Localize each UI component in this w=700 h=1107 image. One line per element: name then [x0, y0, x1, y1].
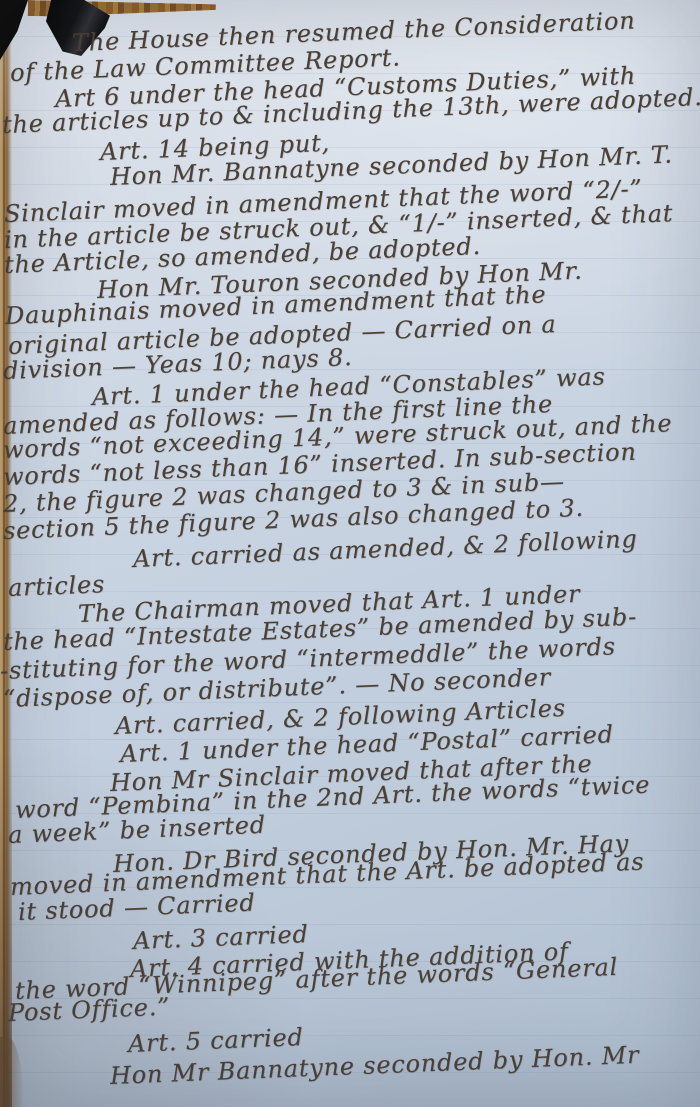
- manuscript-line: Post Office.”: [7, 993, 170, 1026]
- handwritten-text-block: The House then resumed the Consideration…: [0, 0, 700, 1107]
- manuscript-line: articles: [7, 571, 105, 601]
- manuscript-page: The House then resumed the Consideration…: [0, 0, 700, 1107]
- manuscript-line: Art. 5 carried: [127, 1024, 304, 1057]
